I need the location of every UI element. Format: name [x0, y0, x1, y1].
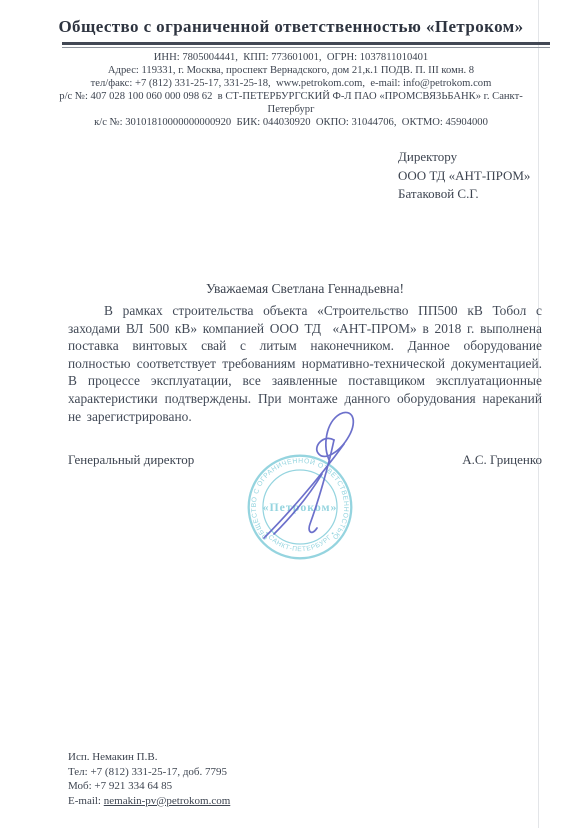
handwritten-signature-icon [252, 406, 372, 566]
salutation-line: Уважаемая Светлана Геннадьевна! [68, 281, 542, 297]
letterhead-line-account-wrap: Петербург [31, 103, 551, 116]
addressee-name: Батаковой С.Г. [398, 185, 530, 204]
signer-name: А.С. Гриценко [462, 452, 542, 468]
executor-email-line: E-mail: nemakin-pv@petrokom.com [68, 794, 230, 809]
letterhead-details: ИНН: 7805004441, КПП: 773601001, ОГРН: 1… [31, 51, 551, 130]
letterhead-line-address: Адрес: 119331, г. Москва, проспект Верна… [31, 64, 551, 77]
title-divider [62, 42, 550, 48]
letterhead-line-inn: ИНН: 7805004441, КПП: 773601001, ОГРН: 1… [31, 51, 551, 64]
letterhead-line-bank-codes: к/с №: 30101810000000000920 БИК: 0440309… [31, 116, 551, 129]
letterhead-line-account: р/с №: 407 028 100 060 000 098 62 в СТ-П… [31, 90, 551, 103]
executor-name: Исп. Немакин П.В. [68, 750, 230, 765]
footer-executor-block: Исп. Немакин П.В. Тел: +7 (812) 331-25-1… [68, 750, 230, 808]
email-label: E-mail: [68, 795, 104, 807]
letterhead-line-contacts: тел/факс: +7 (812) 331-25-17, 331-25-18,… [31, 77, 551, 90]
executor-phone: Тел: +7 (812) 331-25-17, доб. 7795 [68, 765, 230, 780]
executor-mobile: Моб: +7 921 334 64 85 [68, 779, 230, 794]
letter-page: Общество с ограниченной ответственностью… [0, 0, 582, 828]
addressee-company: ООО ТД «АНТ-ПРОМ» [398, 167, 530, 186]
addressee-block: Директору ООО ТД «АНТ-ПРОМ» Батаковой С.… [398, 148, 530, 204]
signer-position-title: Генеральный директор [68, 452, 194, 468]
email-link[interactable]: nemakin-pv@petrokom.com [104, 795, 231, 807]
addressee-position: Директору [398, 148, 530, 167]
company-title: Общество с ограниченной ответственностью… [0, 17, 582, 37]
